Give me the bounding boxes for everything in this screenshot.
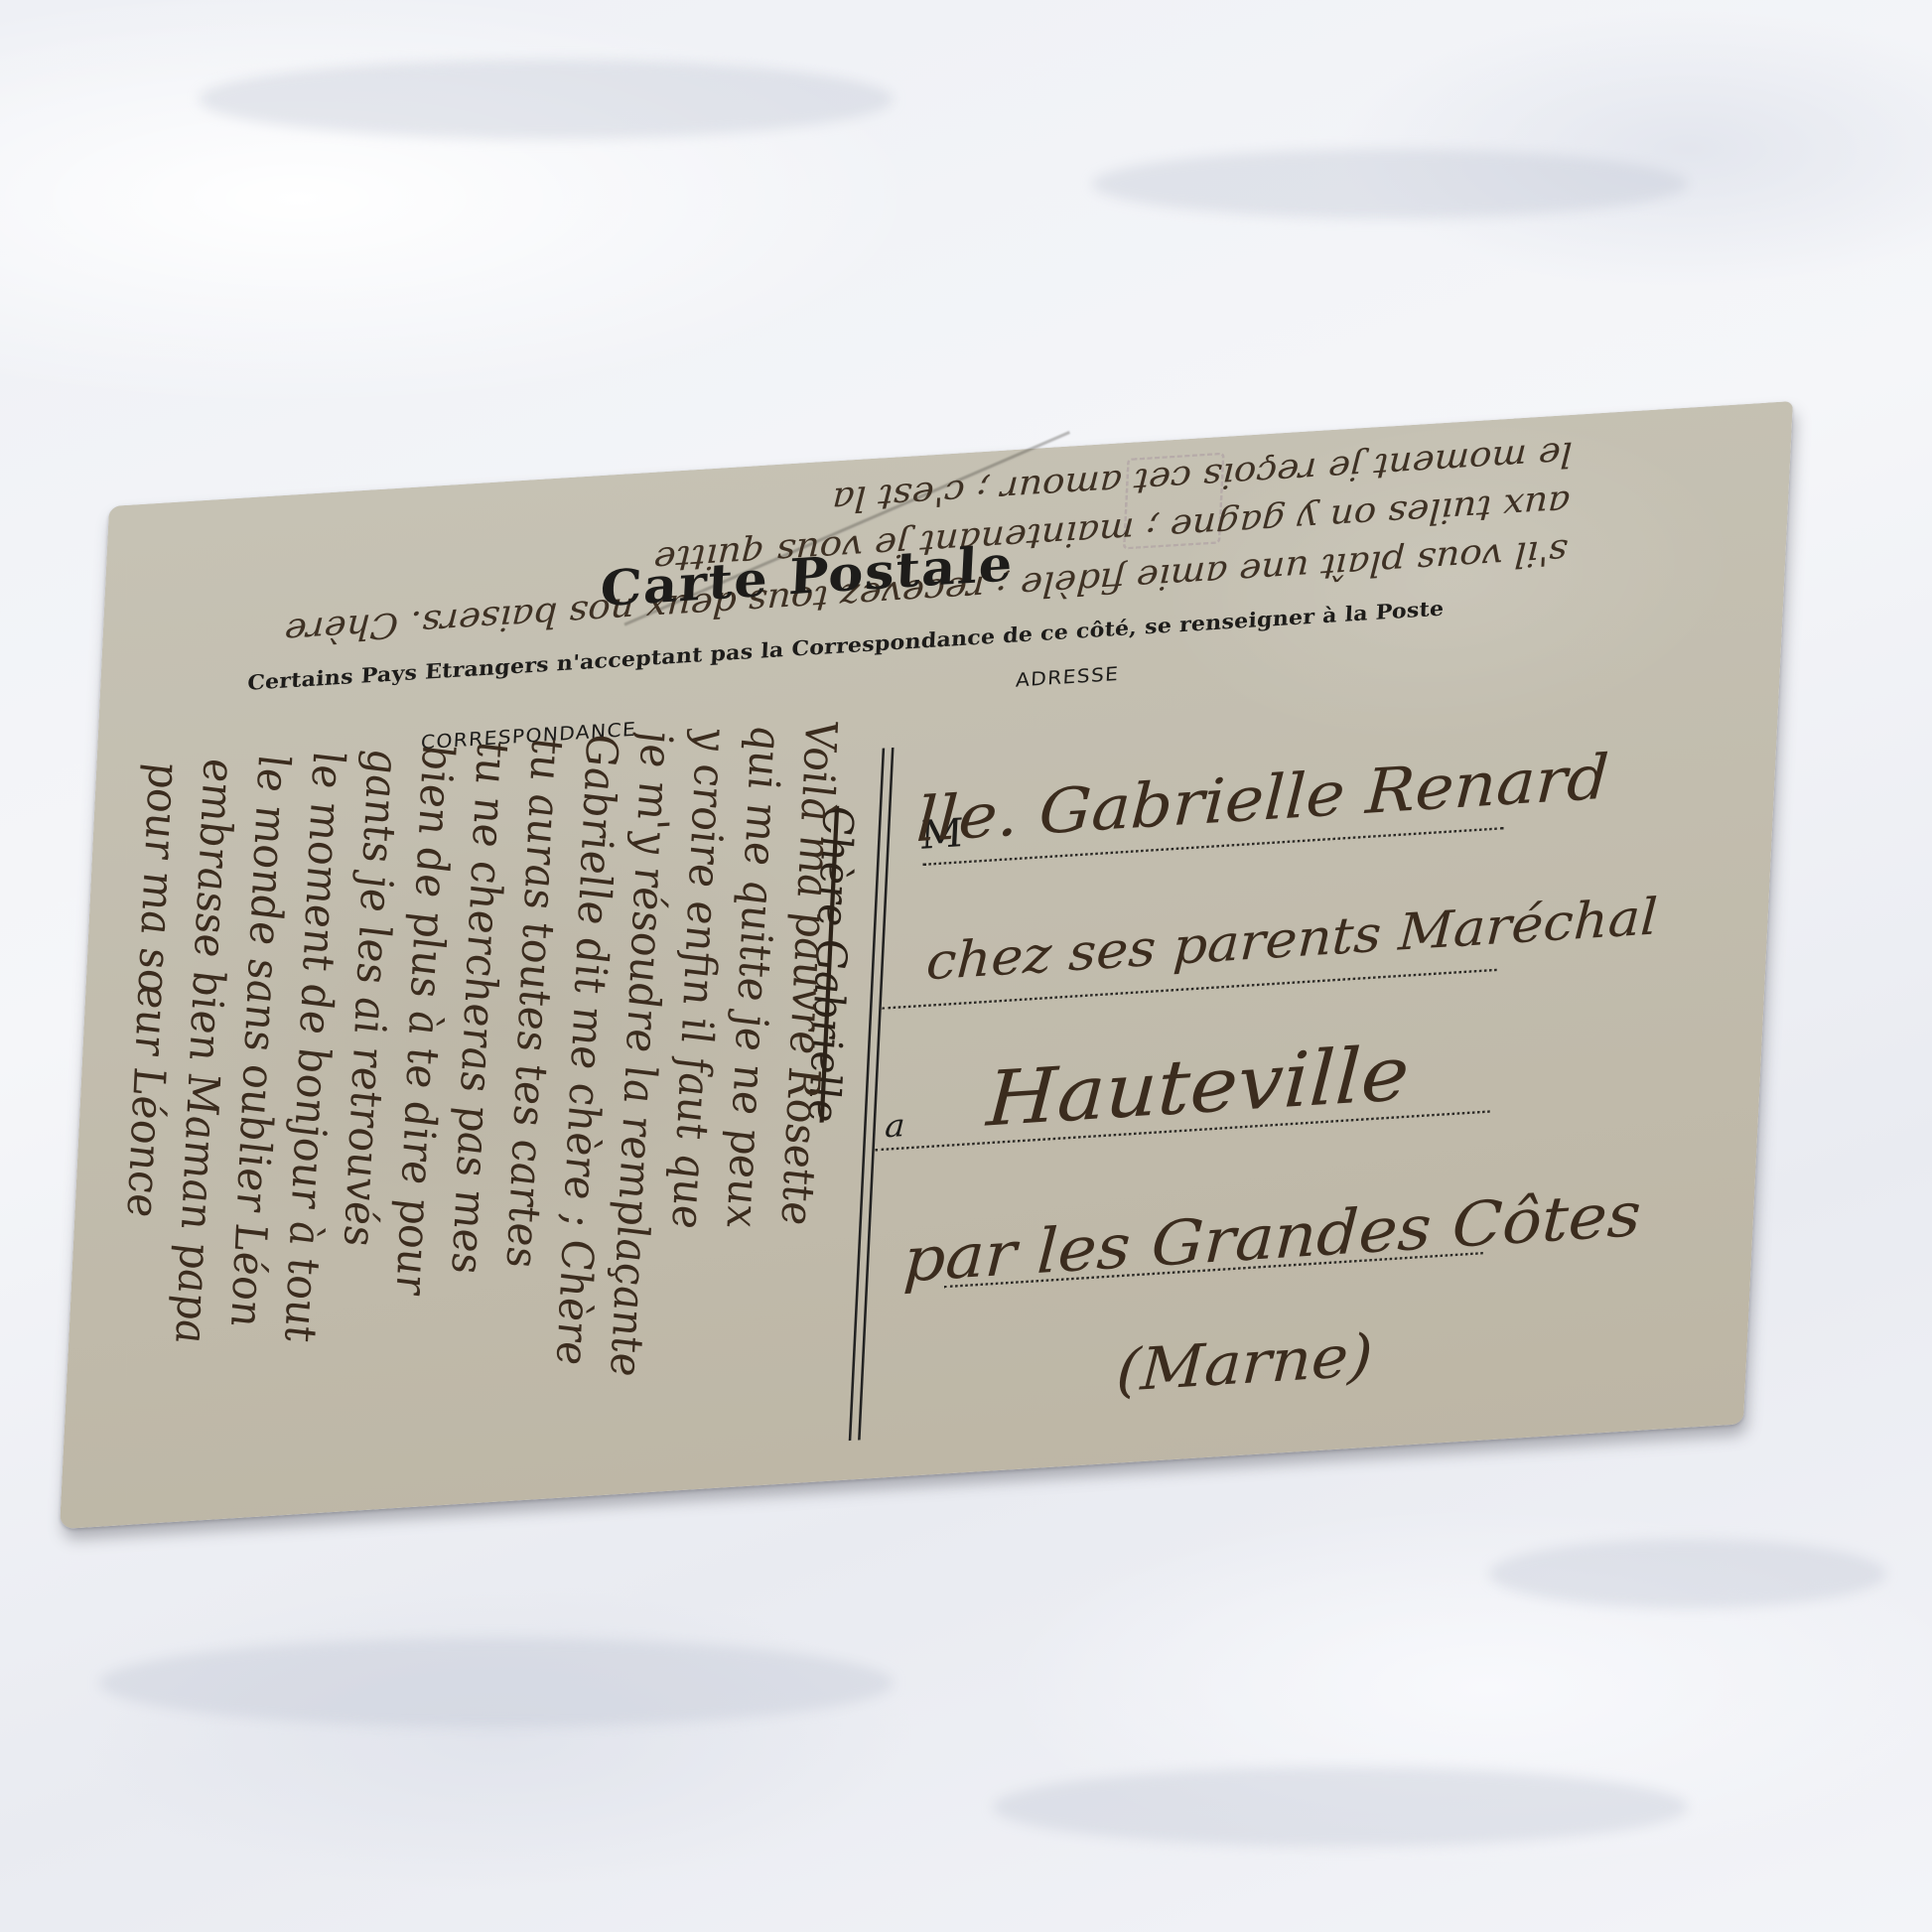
address-care-of: chez ses parents Maréchal bbox=[925, 888, 1659, 992]
tissue-crease bbox=[199, 60, 894, 139]
address-via: par les Grandes Côtes bbox=[901, 1179, 1642, 1297]
tissue-crease bbox=[1092, 149, 1688, 218]
address-prefix-a: a bbox=[884, 1108, 905, 1146]
postcard: s'il vous plaît une amie fidèle ; receve… bbox=[60, 401, 1793, 1529]
tissue-crease bbox=[99, 1638, 894, 1727]
vertical-message: Voilà ma pauvre Rosette qui me quitte je… bbox=[95, 718, 872, 1488]
address-label: ADRESSE bbox=[1015, 663, 1119, 692]
address-town: Hauteville bbox=[985, 1029, 1411, 1143]
recipient-name: lle. Gabrielle Renard bbox=[914, 742, 1610, 856]
tissue-crease bbox=[1489, 1539, 1886, 1608]
address-department: (Marne) bbox=[1115, 1321, 1375, 1405]
tissue-crease bbox=[993, 1767, 1688, 1847]
